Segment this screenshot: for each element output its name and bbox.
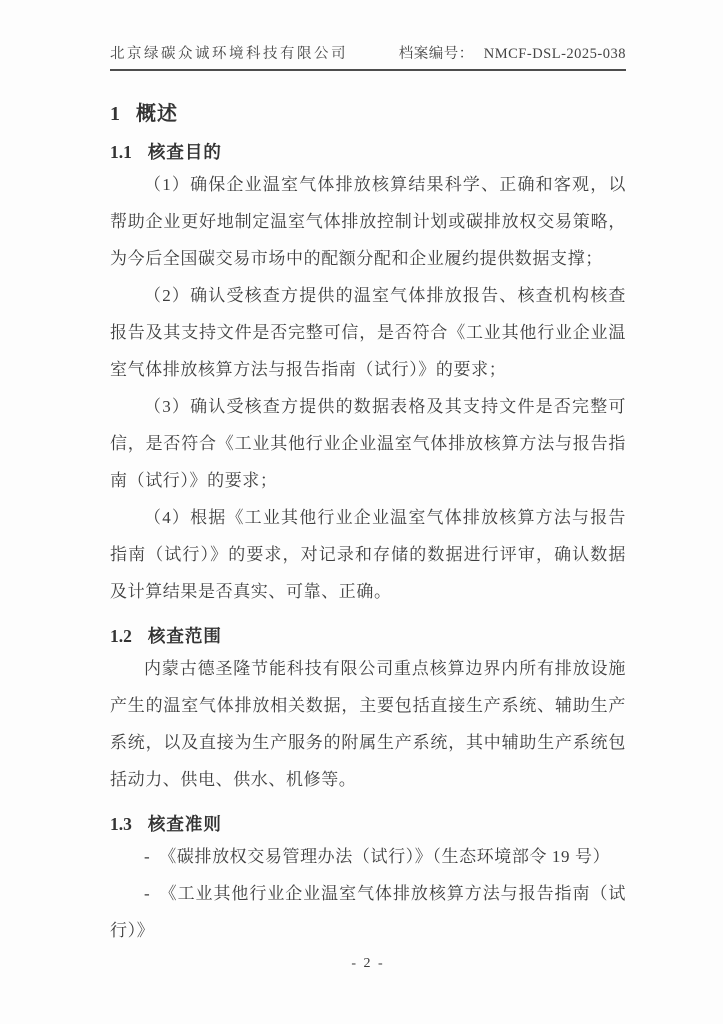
- archive-label: 档案编号：: [399, 46, 474, 62]
- section-number: 1: [110, 103, 120, 125]
- scope-paragraph: 内蒙古德圣隆节能科技有限公司重点核算边界内所有排放设施产生的温室气体排放相关数据…: [110, 650, 626, 798]
- purpose-paragraph-4: （4）根据《工业其他行业企业温室气体排放核算方法与报告指南（试行）》的要求，对记…: [110, 499, 626, 610]
- section-number: 1.3: [110, 814, 132, 834]
- archive-number-block: 档案编号：NMCF-DSL-2025-038: [399, 42, 626, 63]
- section-number: 1.2: [110, 626, 132, 646]
- archive-number: NMCF-DSL-2025-038: [484, 46, 626, 62]
- document-header: 北京绿碳众诚环境科技有限公司 档案编号：NMCF-DSL-2025-038: [110, 42, 626, 71]
- bullet-dash: -: [144, 884, 150, 903]
- page-number: - 2 -: [110, 956, 626, 1024]
- section-heading-criteria: 1.3核查准则: [110, 811, 626, 836]
- criteria-bullet-2: -《工业其他行业企业温室气体排放核算方法与报告指南（试行）》: [110, 875, 626, 949]
- bullet-text: 《碳排放权交易管理办法（试行）》（生态环境部令 19 号）: [159, 847, 610, 866]
- section-title: 概述: [136, 103, 178, 125]
- section-title: 核查范围: [148, 626, 222, 646]
- section-heading-scope: 1.2核查范围: [110, 623, 626, 648]
- company-name: 北京绿碳众诚环境科技有限公司: [110, 42, 348, 63]
- bullet-text: 《工业其他行业企业温室气体排放核算方法与报告指南（试行）》: [110, 884, 626, 940]
- section-title: 核查目的: [148, 142, 222, 162]
- criteria-bullet-1: -《碳排放权交易管理办法（试行）》（生态环境部令 19 号）: [110, 838, 626, 875]
- section-title: 核查准则: [148, 814, 222, 834]
- purpose-paragraph-1: （1）确保企业温室气体排放核算结果科学、正确和客观，以帮助企业更好地制定温室气体…: [110, 166, 626, 277]
- purpose-paragraph-2: （2）确认受核查方提供的温室气体排放报告、核查机构核查报告及其支持文件是否完整可…: [110, 277, 626, 388]
- section-heading-purpose: 1.1核查目的: [110, 139, 626, 164]
- section-heading-overview: 1概述: [110, 97, 626, 126]
- bullet-dash: -: [144, 847, 150, 866]
- document-page: 北京绿碳众诚环境科技有限公司 档案编号：NMCF-DSL-2025-038 1概…: [0, 0, 723, 1024]
- purpose-paragraph-3: （3）确认受核查方提供的数据表格及其支持文件是否完整可信，是否符合《工业其他行业…: [110, 388, 626, 499]
- section-number: 1.1: [110, 142, 132, 162]
